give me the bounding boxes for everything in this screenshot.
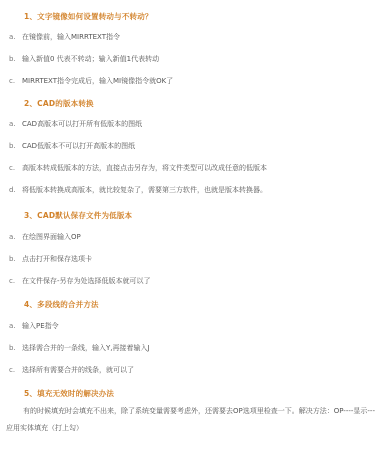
list-item: a.CAD高版本可以打开所有低版本的图纸 [9, 119, 142, 129]
heading-3: 3、CAD默认保存文件为低版本 [24, 210, 132, 221]
item-text: 在镜像前，输入MIRRTEXT指令 [22, 33, 120, 41]
item-label: b. [9, 255, 22, 263]
item-label: c. [9, 277, 22, 285]
list-item: c.选择所有需要合并的线条，就可以了 [9, 365, 134, 375]
item-text: CAD低版本不可以打开高版本的图纸 [22, 142, 135, 150]
item-label: d. [9, 186, 22, 194]
list-item: b.CAD低版本不可以打开高版本的图纸 [9, 141, 135, 151]
heading-5: 5、填充无效时的解决办法 [24, 388, 114, 399]
item-label: b. [9, 142, 22, 150]
list-item: a.在绘图界面输入OP [9, 232, 81, 242]
heading-2: 2、CAD的版本转换 [24, 98, 94, 109]
heading-1: 1、文字镜像如何设置转动与不转动？ [24, 11, 153, 22]
item-text: 在绘图界面输入OP [22, 233, 81, 241]
list-item: c.在文件保存-另存为处选择低版本就可以了 [9, 276, 151, 286]
item-text: 输入新值0 代表不转动；输入新值1代表转动 [22, 55, 159, 63]
list-item: c.高版本转成低版本的方法，直接点击另存为，将文件类型可以改成任意的低版本 [9, 163, 267, 173]
item-text: 高版本转成低版本的方法，直接点击另存为，将文件类型可以改成任意的低版本 [22, 164, 267, 172]
list-item: a.在镜像前，输入MIRRTEXT指令 [9, 32, 120, 42]
item-label: c. [9, 164, 22, 172]
item-text: 选择所有需要合并的线条，就可以了 [22, 366, 134, 374]
list-item: b.输入新值0 代表不转动；输入新值1代表转动 [9, 54, 159, 64]
item-text: 点击打开和保存选项卡 [22, 255, 92, 263]
item-text: 将低版本转换成高版本，就比较复杂了，需要第三方软件，也就是版本转换器。 [22, 186, 267, 194]
list-item: d.将低版本转换成高版本，就比较复杂了，需要第三方软件，也就是版本转换器。 [9, 185, 267, 195]
item-label: c. [9, 77, 22, 85]
item-label: a. [9, 33, 22, 41]
heading-4: 4、多段线的合并方法 [24, 299, 99, 310]
list-item: b.点击打开和保存选项卡 [9, 254, 92, 264]
item-label: a. [9, 322, 22, 330]
item-text: CAD高版本可以打开所有低版本的图纸 [22, 120, 142, 128]
item-text: 在文件保存-另存为处选择低版本就可以了 [22, 277, 151, 285]
list-item: b.选择需合并的一条线，输入Y,再接着输入J [9, 343, 150, 353]
item-text: 选择需合并的一条线，输入Y,再接着输入J [22, 344, 150, 352]
item-label: a. [9, 120, 22, 128]
list-item: a.输入PE指令 [9, 321, 59, 331]
paragraph: 有的时候填充时会填充不出来，除了系统变量需要考虑外，还需要去OP选项里检查一下。… [6, 403, 376, 437]
item-text: MIRRTEXT指令完成后，输入MI镜像指令就OK了 [22, 77, 173, 85]
item-label: b. [9, 55, 22, 63]
item-label: c. [9, 366, 22, 374]
item-label: a. [9, 233, 22, 241]
item-label: b. [9, 344, 22, 352]
item-text: 输入PE指令 [22, 322, 59, 330]
list-item: c.MIRRTEXT指令完成后，输入MI镜像指令就OK了 [9, 76, 173, 86]
